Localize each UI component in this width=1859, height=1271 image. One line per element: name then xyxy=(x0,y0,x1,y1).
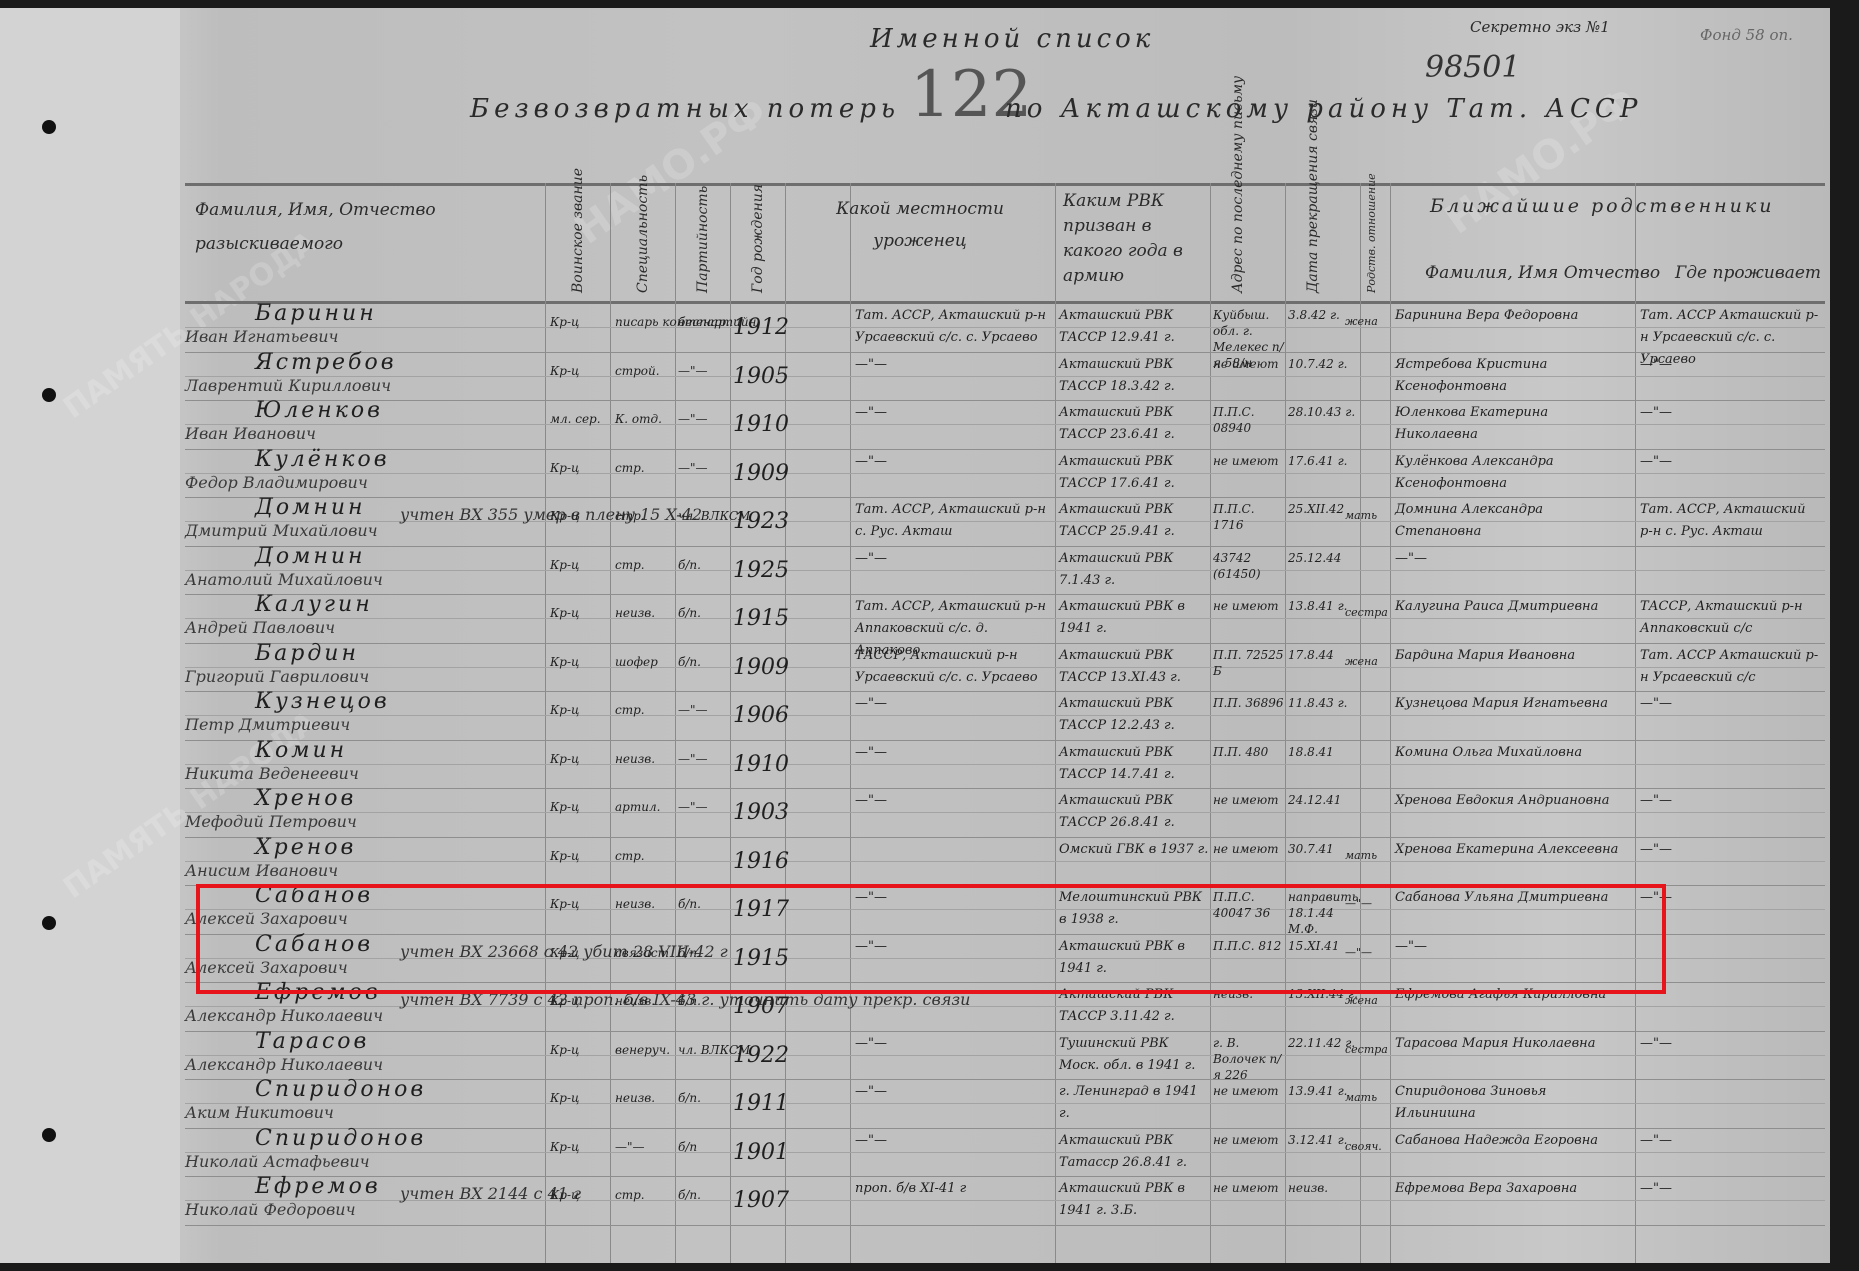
rvk-cell: Акташский РВК ТАССР 13.XI.43 г. xyxy=(1059,645,1209,689)
highlighted-record-box xyxy=(196,884,1666,994)
archive-stamp: Фонд 58 оп. xyxy=(1700,26,1793,44)
relative-address-cell: —"— xyxy=(1640,1130,1820,1152)
row-divider xyxy=(185,788,1825,789)
rvk-cell: Акташский РВК ТАССР 18.3.42 г. xyxy=(1059,354,1209,398)
surname: Тарасов xyxy=(255,1029,369,1054)
given-name-patronymic: Иван Иванович xyxy=(185,424,316,443)
rank-cell: Кр-ц xyxy=(550,752,579,766)
surname: Домнин xyxy=(255,495,366,520)
relative-address-cell: —"— xyxy=(1640,1033,1820,1055)
column-header-specialty: Специальность xyxy=(635,193,651,293)
relative-address-cell: —"— xyxy=(1640,354,1820,376)
casualty-table: Фамилия, Имя, Отчество разыскиваемого Во… xyxy=(185,183,1825,1263)
rvk-cell: Омский ГВК в 1937 г. xyxy=(1059,839,1209,861)
rvk-cell: Акташский РВК ТАССР 25.9.41 г. xyxy=(1059,499,1209,543)
surname: Кулёнков xyxy=(255,447,390,472)
given-name-patronymic: Григорий Гаврилович xyxy=(185,667,369,686)
row-divider xyxy=(185,449,1825,450)
column-header-relation: Родств. отношение xyxy=(1365,203,1378,293)
rvk-cell: Тушинский РВК Моск. обл. в 1941 г. xyxy=(1059,1033,1209,1077)
address-cell: П.П.С. 08940 xyxy=(1213,404,1285,436)
address-cell: не имеют xyxy=(1213,1083,1285,1099)
rank-cell: Кр-ц xyxy=(550,800,579,814)
column-header-birth-year: Год рождения xyxy=(750,193,766,293)
row-subdivider xyxy=(185,1055,1825,1056)
rvk-cell: Акташский РВК в 1941 г. 3.Б. xyxy=(1059,1178,1209,1222)
date-lost-cell: неизв. xyxy=(1288,1180,1360,1196)
relative-name-cell: Хренова Екатерина Алексеевна xyxy=(1395,839,1630,861)
relative-name-cell: Ефремова Вера Захаровна xyxy=(1395,1178,1630,1200)
specialty-cell: неизв. xyxy=(615,994,655,1008)
row-divider xyxy=(185,352,1825,353)
specialty-cell: стр. xyxy=(615,558,645,572)
rvk-cell: Акташский РВК Татасср 26.8.41 г. xyxy=(1059,1130,1209,1174)
address-cell: не имеют xyxy=(1213,792,1285,808)
specialty-cell: венеруч. xyxy=(615,1043,670,1057)
relative-name-cell: Сабанова Надежда Егоровна xyxy=(1395,1130,1630,1152)
rvk-cell: Акташский РВК в 1941 г. xyxy=(1059,596,1209,640)
party-cell: б/п. xyxy=(678,1188,701,1202)
rank-cell: Кр-ц xyxy=(550,1091,579,1105)
specialty-cell: —"— xyxy=(615,1140,645,1154)
rank-cell: Кр-ц xyxy=(550,461,579,475)
relative-address-cell: ТАССР, Акташский р-н Аппаковский с/с xyxy=(1640,596,1820,640)
birth-year-cell: 1909 xyxy=(733,655,789,680)
relative-name-cell: Бардина Мария Ивановна xyxy=(1395,645,1630,667)
birth-year-cell: 1903 xyxy=(733,800,789,825)
relative-name-cell: Калугина Раиса Дмитриевна xyxy=(1395,596,1630,618)
party-cell: б/п. xyxy=(678,655,701,669)
relation-cell: мать xyxy=(1345,1091,1390,1104)
address-cell: не имеют xyxy=(1213,841,1285,857)
birthplace-cell: —"— xyxy=(855,354,1050,376)
birth-year-cell: 1901 xyxy=(733,1140,789,1165)
relative-name-cell: Тарасова Мария Николаевна xyxy=(1395,1033,1630,1055)
rvk-cell: Акташский РВК ТАССР 26.8.41 г. xyxy=(1059,790,1209,834)
party-cell: —"— xyxy=(678,461,708,475)
relative-address-cell: —"— xyxy=(1640,693,1820,715)
column-header-rvk: Каким РВК призван в какого года в армию xyxy=(1063,189,1208,289)
rank-cell: Кр-ц xyxy=(550,703,579,717)
specialty-cell: неизв. xyxy=(615,752,655,766)
row-divider xyxy=(185,1128,1825,1129)
left-margin xyxy=(0,8,180,1263)
address-cell: не имеют xyxy=(1213,453,1285,469)
birth-year-cell: 1907 xyxy=(733,1188,789,1213)
relative-address-cell: —"— xyxy=(1640,451,1820,473)
address-cell: не имеют xyxy=(1213,598,1285,614)
relation-cell: жена xyxy=(1345,655,1390,668)
row-divider xyxy=(185,837,1825,838)
party-cell: б/п. xyxy=(678,606,701,620)
party-cell: —"— xyxy=(678,800,708,814)
rank-cell: Кр-ц xyxy=(550,558,579,572)
surname: Ястребов xyxy=(255,350,397,375)
row-divider xyxy=(185,546,1825,547)
birthplace-cell: —"— xyxy=(855,790,1050,812)
party-cell: б/п. xyxy=(678,994,701,1008)
specialty-cell: К. отд. xyxy=(615,412,662,426)
specialty-cell: шофер xyxy=(615,655,658,669)
punch-hole xyxy=(42,120,56,134)
row-divider xyxy=(185,594,1825,595)
given-name-patronymic: Федор Владимирович xyxy=(185,473,368,492)
specialty-cell: стр. xyxy=(615,1188,645,1202)
relative-address-cell: Тат. АССР, Акташский р-н с. Рус. Акташ xyxy=(1640,499,1820,543)
column-header-birthplace: Какой местности уроженец xyxy=(795,193,1045,257)
birthplace-cell: ТАССР, Акташский р-н Урсаевский с/с. с. … xyxy=(855,645,1050,689)
birth-year-cell: 1911 xyxy=(733,1091,789,1116)
rvk-cell: Акташский РВК ТАССР 12.9.41 г. xyxy=(1059,305,1209,349)
row-divider xyxy=(185,740,1825,741)
birthplace-cell: проп. б/в XI-41 г xyxy=(855,1178,1050,1200)
surname: Хренов xyxy=(255,786,356,811)
birthplace-cell: —"— xyxy=(855,1081,1050,1103)
row-divider xyxy=(185,1031,1825,1032)
relative-address-cell: —"— xyxy=(1640,790,1820,812)
relation-cell: сестра xyxy=(1345,606,1390,619)
relation-cell: жена xyxy=(1345,315,1390,328)
relation-cell: мать xyxy=(1345,509,1390,522)
relation-cell: сестра xyxy=(1345,1043,1390,1056)
given-name-patronymic: Иван Игнатьевич xyxy=(185,327,338,346)
column-header-name: Фамилия, Имя, Отчество разыскиваемого xyxy=(195,193,535,261)
surname: Спиридонов xyxy=(255,1126,426,1151)
punch-hole xyxy=(42,916,56,930)
row-subdivider xyxy=(185,812,1825,813)
birthplace-cell: —"— xyxy=(855,693,1050,715)
party-cell: б/п. xyxy=(678,558,701,572)
column-header-rank: Воинское звание xyxy=(570,193,586,293)
relative-name-cell: Кузнецова Мария Игнатьевна xyxy=(1395,693,1630,715)
rvk-cell: Акташский РВК ТАССР 12.2.43 г. xyxy=(1059,693,1209,737)
surname: Комин xyxy=(255,738,347,763)
rvk-cell: Акташский РВК ТАССР 17.6.41 г. xyxy=(1059,451,1209,495)
relative-name-cell: Домнина Александра Степановна xyxy=(1395,499,1630,543)
row-divider xyxy=(185,497,1825,498)
specialty-cell: артил. xyxy=(615,800,660,814)
column-header-address: Адрес по последнему письму xyxy=(1230,193,1246,293)
surname: Домнин xyxy=(255,544,366,569)
birth-year-cell: 1905 xyxy=(733,364,789,389)
date-lost-cell: 11.8.43 г. xyxy=(1288,695,1360,711)
party-cell: б/п. xyxy=(678,1091,701,1105)
birthplace-cell: Тат. АССР, Акташский р-н Урсаевский с/с.… xyxy=(855,305,1050,349)
birthplace-cell: —"— xyxy=(855,548,1050,570)
address-cell: не имеют xyxy=(1213,1180,1285,1196)
address-cell: не имеют xyxy=(1213,356,1285,372)
row-divider xyxy=(185,1079,1825,1080)
specialty-cell: стр. xyxy=(615,461,645,475)
given-name-patronymic: Андрей Павлович xyxy=(185,618,335,637)
punch-hole xyxy=(42,388,56,402)
archival-document-page: НАМО.РФ НАМО.РФ ПАМЯТЬ НАРОДА ПАМЯТЬ НАР… xyxy=(0,8,1830,1263)
relation-cell: жена xyxy=(1345,994,1390,1007)
given-name-patronymic: Анатолий Михайлович xyxy=(185,570,383,589)
birth-year-cell: 1910 xyxy=(733,412,789,437)
party-cell: —"— xyxy=(678,364,708,378)
given-name-patronymic: Дмитрий Михайлович xyxy=(185,521,378,540)
rvk-cell: Акташский РВК 7.1.43 г. xyxy=(1059,548,1209,592)
date-lost-cell: 10.7.42 г. xyxy=(1288,356,1360,372)
birth-year-cell: 1907 xyxy=(733,994,789,1019)
specialty-cell: стр. xyxy=(615,509,645,523)
birthplace-cell: —"— xyxy=(855,1130,1050,1152)
birth-year-cell: 1915 xyxy=(733,606,789,631)
date-lost-cell: 17.6.41 г. xyxy=(1288,453,1360,469)
date-lost-cell: 18.8.41 xyxy=(1288,744,1360,760)
document-subtitle-prefix: Безвозвратных потерь xyxy=(470,94,900,124)
birth-year-cell: 1922 xyxy=(733,1043,789,1068)
given-name-patronymic: Анисим Иванович xyxy=(185,861,338,880)
party-cell: —"— xyxy=(678,412,708,426)
specialty-cell: неизв. xyxy=(615,1091,655,1105)
surname: Кузнецов xyxy=(255,689,390,714)
rank-cell: Кр-ц xyxy=(550,1140,579,1154)
date-lost-cell: 25.12.44 xyxy=(1288,550,1360,566)
given-name-patronymic: Аким Никитович xyxy=(185,1103,334,1122)
birth-year-cell: 1923 xyxy=(733,509,789,534)
rank-cell: Кр-ц xyxy=(550,606,579,620)
row-subdivider xyxy=(185,715,1825,716)
relative-name-cell: Спиридонова Зиновья Ильинишна xyxy=(1395,1081,1630,1125)
address-cell: П.П. 480 xyxy=(1213,744,1285,760)
column-header-relative-name: Фамилия, Имя Отчество xyxy=(1425,263,1660,283)
birthplace-cell: —"— xyxy=(855,742,1050,764)
rvk-cell: Акташский РВК ТАССР 14.7.41 г. xyxy=(1059,742,1209,786)
row-divider xyxy=(185,400,1825,401)
document-title: Именной список xyxy=(870,24,1154,54)
date-lost-cell: 24.12.41 xyxy=(1288,792,1360,808)
date-lost-cell: 28.10.43 г. xyxy=(1288,404,1360,420)
rank-cell: Кр-ц xyxy=(550,655,579,669)
surname: Ефремов xyxy=(255,1174,381,1199)
birth-year-cell: 1906 xyxy=(733,703,789,728)
relative-address-cell: —"— xyxy=(1640,887,1820,909)
column-header-relatives: Ближайшие родственники xyxy=(1430,195,1774,217)
specialty-cell: неизв. xyxy=(615,606,655,620)
birth-year-cell: 1909 xyxy=(733,461,789,486)
given-name-patronymic: Александр Николаевич xyxy=(185,1055,383,1074)
relative-name-cell: Хренова Евдокия Андриановна xyxy=(1395,790,1630,812)
rank-cell: Кр-ц xyxy=(550,994,579,1008)
relative-name-cell: Баринина Вера Федоровна xyxy=(1395,305,1630,327)
relative-name-cell: —"— xyxy=(1395,548,1630,570)
row-subdivider xyxy=(185,570,1825,571)
relation-cell: свояч. xyxy=(1345,1140,1390,1153)
relative-name-cell: Ястребова Кристина Ксенофонтовна xyxy=(1395,354,1630,398)
given-name-patronymic: Николай Федорович xyxy=(185,1200,356,1219)
address-cell: П.П.С. 1716 xyxy=(1213,501,1285,533)
specialty-cell: стр. xyxy=(615,849,645,863)
surname: Бардин xyxy=(255,641,359,666)
surname: Юленков xyxy=(255,398,383,423)
birth-year-cell: 1910 xyxy=(733,752,789,777)
rank-cell: мл. сер. xyxy=(550,412,601,426)
address-cell: П.П. 72525 Б xyxy=(1213,647,1285,679)
classification-label: Секретно экз №1 xyxy=(1470,18,1610,36)
relative-address-cell: —"— xyxy=(1640,402,1820,424)
rank-cell: Кр-ц xyxy=(550,315,579,329)
surname: Хренов xyxy=(255,835,356,860)
relative-name-cell: Кулёнкова Александра Ксенофонтовна xyxy=(1395,451,1630,495)
row-subdivider xyxy=(185,861,1825,862)
party-cell: —"— xyxy=(678,752,708,766)
relative-address-cell: —"— xyxy=(1640,839,1820,861)
rank-cell: Кр-ц xyxy=(550,1043,579,1057)
row-divider xyxy=(185,1176,1825,1177)
rank-cell: Кр-ц xyxy=(550,509,579,523)
relative-name-cell: Комина Ольга Михайловна xyxy=(1395,742,1630,764)
birth-year-cell: 1916 xyxy=(733,849,789,874)
row-subdivider xyxy=(185,764,1825,765)
surname: Баринин xyxy=(255,301,377,326)
party-cell: б/п xyxy=(678,1140,697,1154)
birth-year-cell: 1925 xyxy=(733,558,789,583)
party-cell: —"— xyxy=(678,703,708,717)
birthplace-cell: Тат. АССР, Акташский р-н с. Рус. Акташ xyxy=(855,499,1050,543)
row-divider xyxy=(185,1225,1825,1226)
surname: Калугин xyxy=(255,592,373,617)
document-subtitle-suffix: по Акташскому району Тат. АССР xyxy=(1005,94,1642,124)
column-header-relative-address: Где проживает xyxy=(1675,263,1821,283)
specialty-cell: строй. xyxy=(615,364,660,378)
birth-year-cell: 1912 xyxy=(733,315,789,340)
relation-cell: мать xyxy=(1345,849,1390,862)
given-name-patronymic: Мефодий Петрович xyxy=(185,812,357,831)
birthplace-cell: —"— xyxy=(855,451,1050,473)
relative-address-cell: Тат. АССР Акташский р-н Урсаевский с/с xyxy=(1640,645,1820,689)
address-cell: П.П. 36896 xyxy=(1213,695,1285,711)
specialty-cell: стр. xyxy=(615,703,645,717)
address-cell: 43742 (61450) xyxy=(1213,550,1285,582)
rank-cell: Кр-ц xyxy=(550,364,579,378)
address-cell: г. В. Волочек п/я 226 xyxy=(1213,1035,1285,1083)
relative-name-cell: Юленкова Екатерина Николаевна xyxy=(1395,402,1630,446)
column-header-date-lost: Дата прекращения связи xyxy=(1305,193,1321,293)
relative-address-cell: —"— xyxy=(1640,1178,1820,1200)
registry-number: 98501 xyxy=(1425,50,1520,85)
birthplace-cell: —"— xyxy=(855,402,1050,424)
rank-cell: Кр-ц xyxy=(550,1188,579,1202)
birthplace-cell: —"— xyxy=(855,1033,1050,1055)
given-name-patronymic: Петр Дмитриевич xyxy=(185,715,350,734)
given-name-patronymic: Никита Веденеевич xyxy=(185,764,359,783)
surname: Спиридонов xyxy=(255,1077,426,1102)
row-subdivider xyxy=(185,1152,1825,1153)
row-divider xyxy=(185,691,1825,692)
column-header-party: Партийность xyxy=(695,193,711,293)
punch-hole xyxy=(42,1128,56,1142)
address-cell: не имеют xyxy=(1213,1132,1285,1148)
rank-cell: Кр-ц xyxy=(550,849,579,863)
given-name-patronymic: Николай Астафьевич xyxy=(185,1152,370,1171)
given-name-patronymic: Лаврентий Кириллович xyxy=(185,376,391,395)
rvk-cell: Акташский РВК ТАССР 23.6.41 г. xyxy=(1059,402,1209,446)
rvk-cell: г. Ленинград в 1941 г. xyxy=(1059,1081,1209,1125)
given-name-patronymic: Александр Николаевич xyxy=(185,1006,383,1025)
